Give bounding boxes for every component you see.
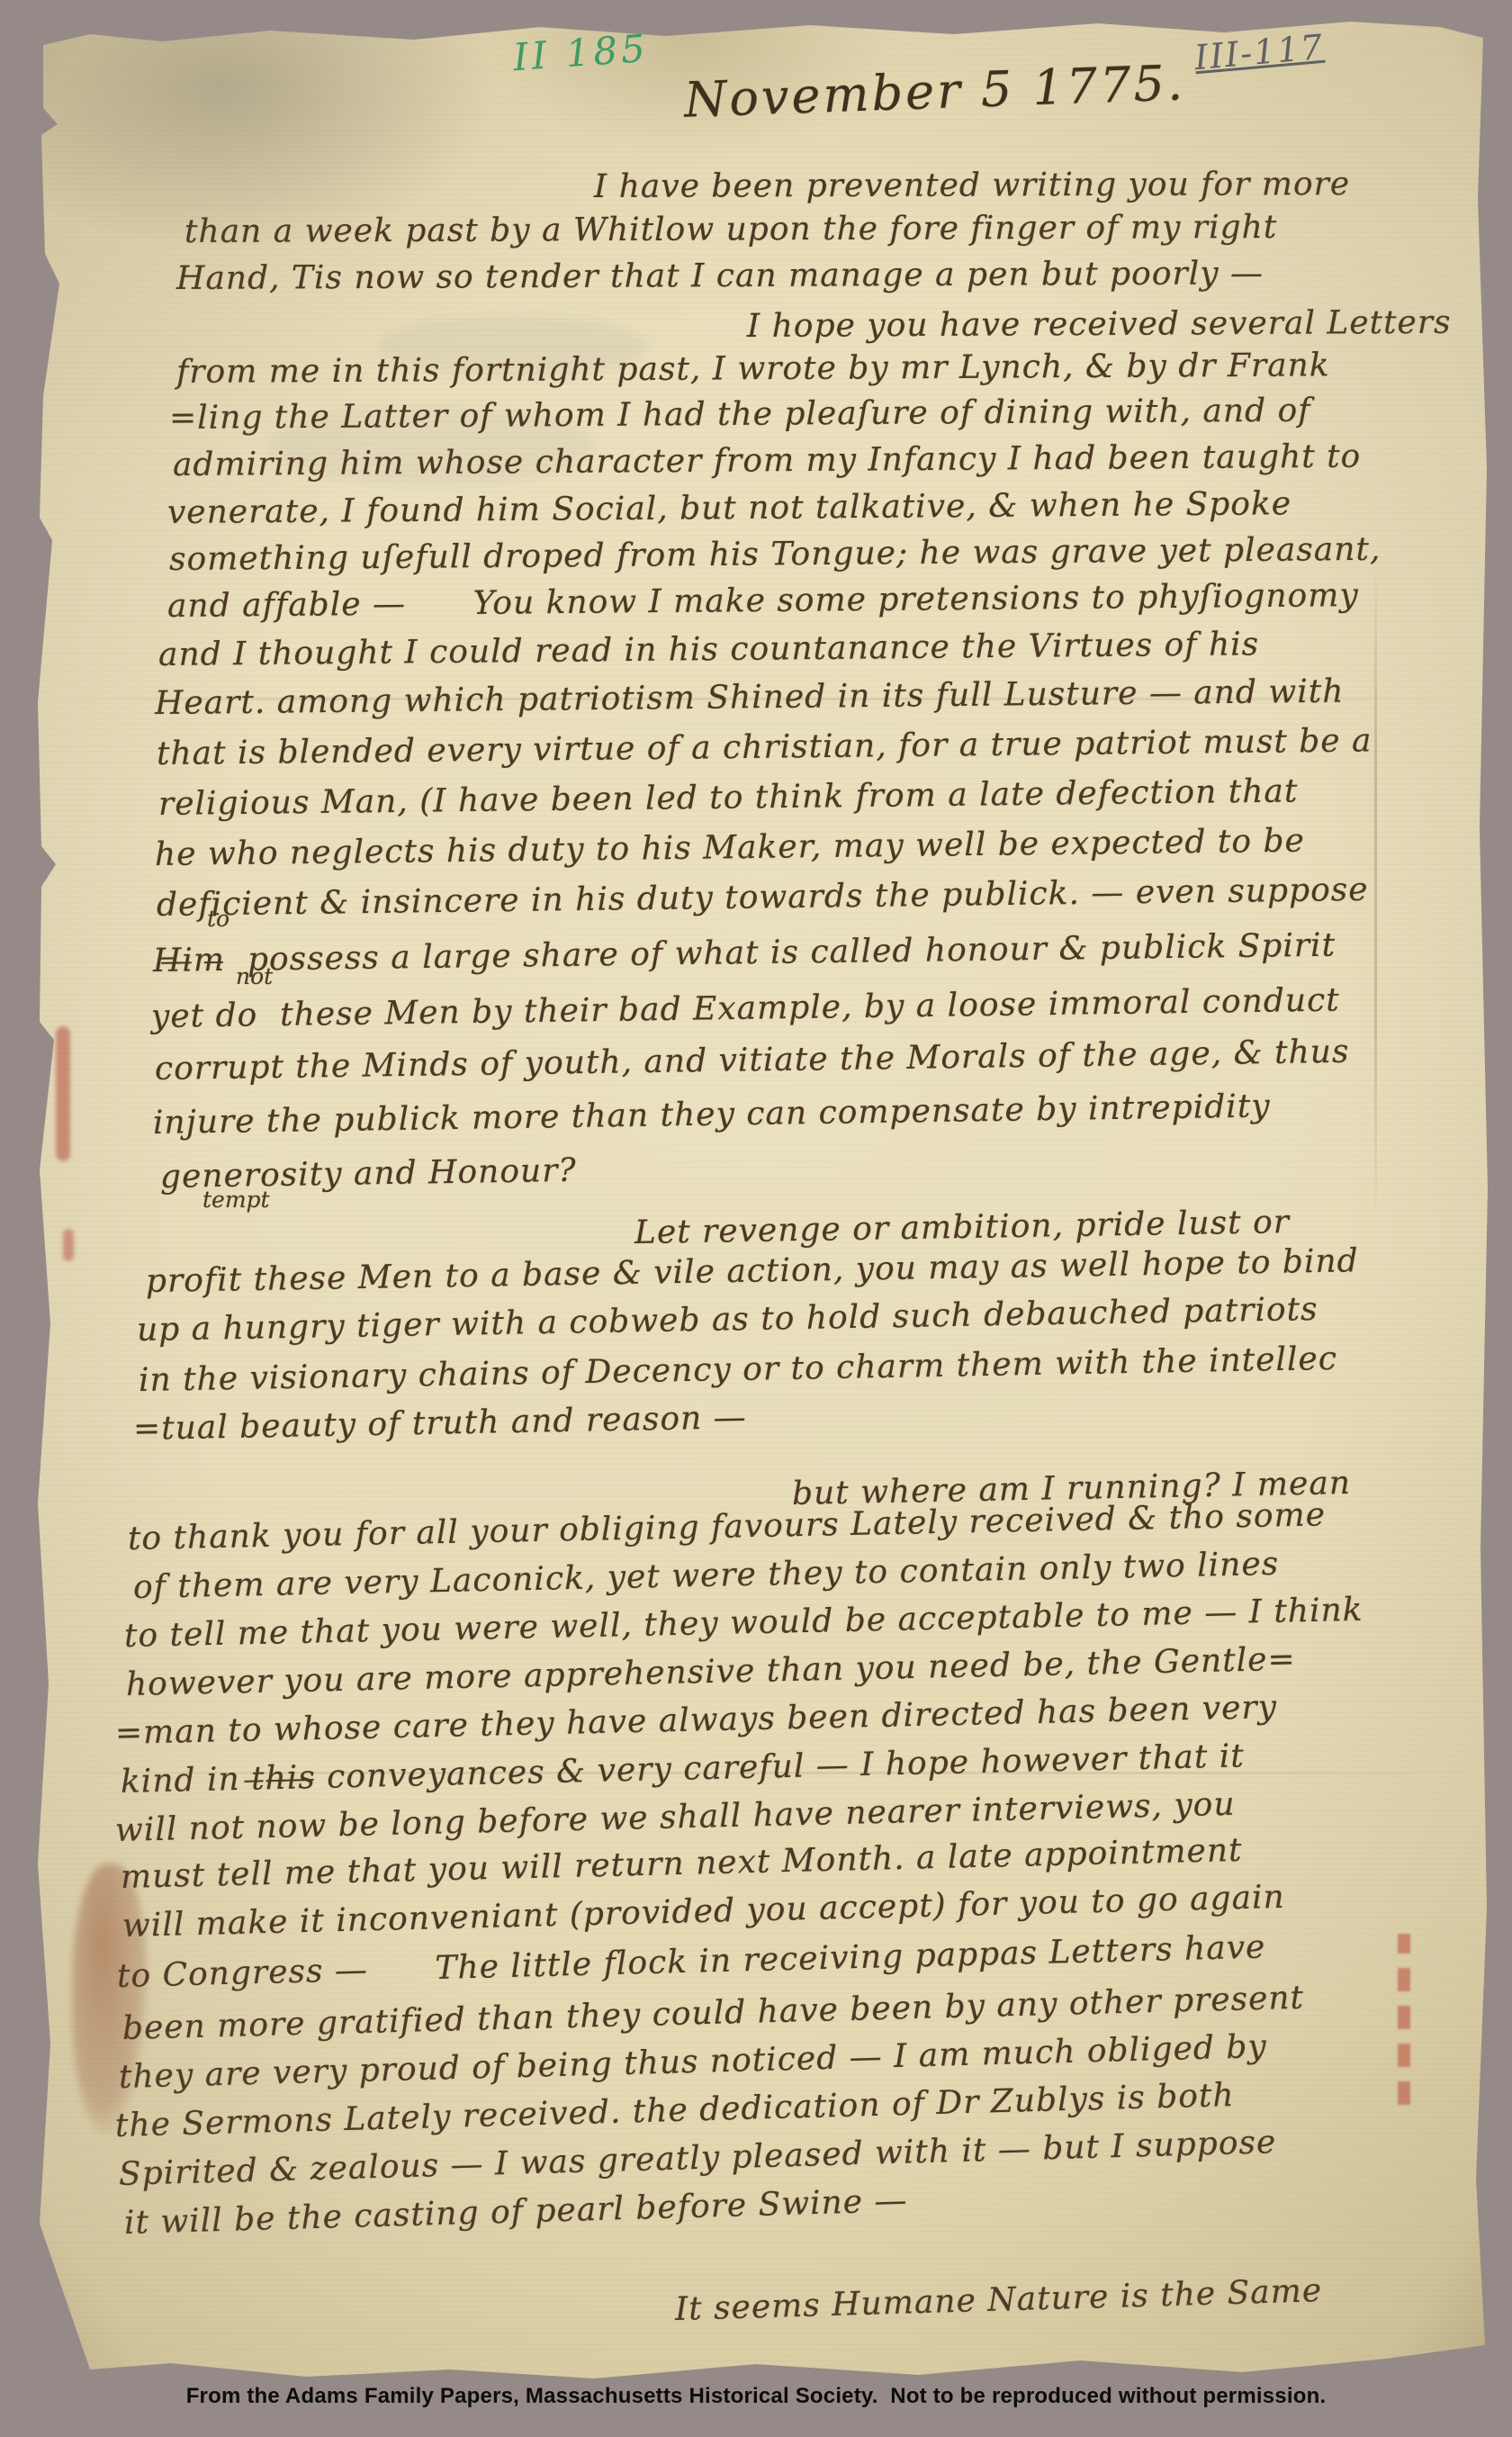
interlinear-insertions: tonottempt [36, 18, 1489, 2383]
interlinear-word: to [207, 906, 229, 932]
interlinear-word: not [236, 963, 273, 989]
interlinear-word: tempt [202, 1187, 270, 1213]
credit-line: From the Adams Family Papers, Massachuse… [0, 2384, 1512, 2409]
letter-sheet: II 185 III-117 November 5 1775. I have b… [36, 18, 1489, 2383]
scanned-letter-page: { "colors": { "background": "#958a88", "… [0, 0, 1512, 2437]
